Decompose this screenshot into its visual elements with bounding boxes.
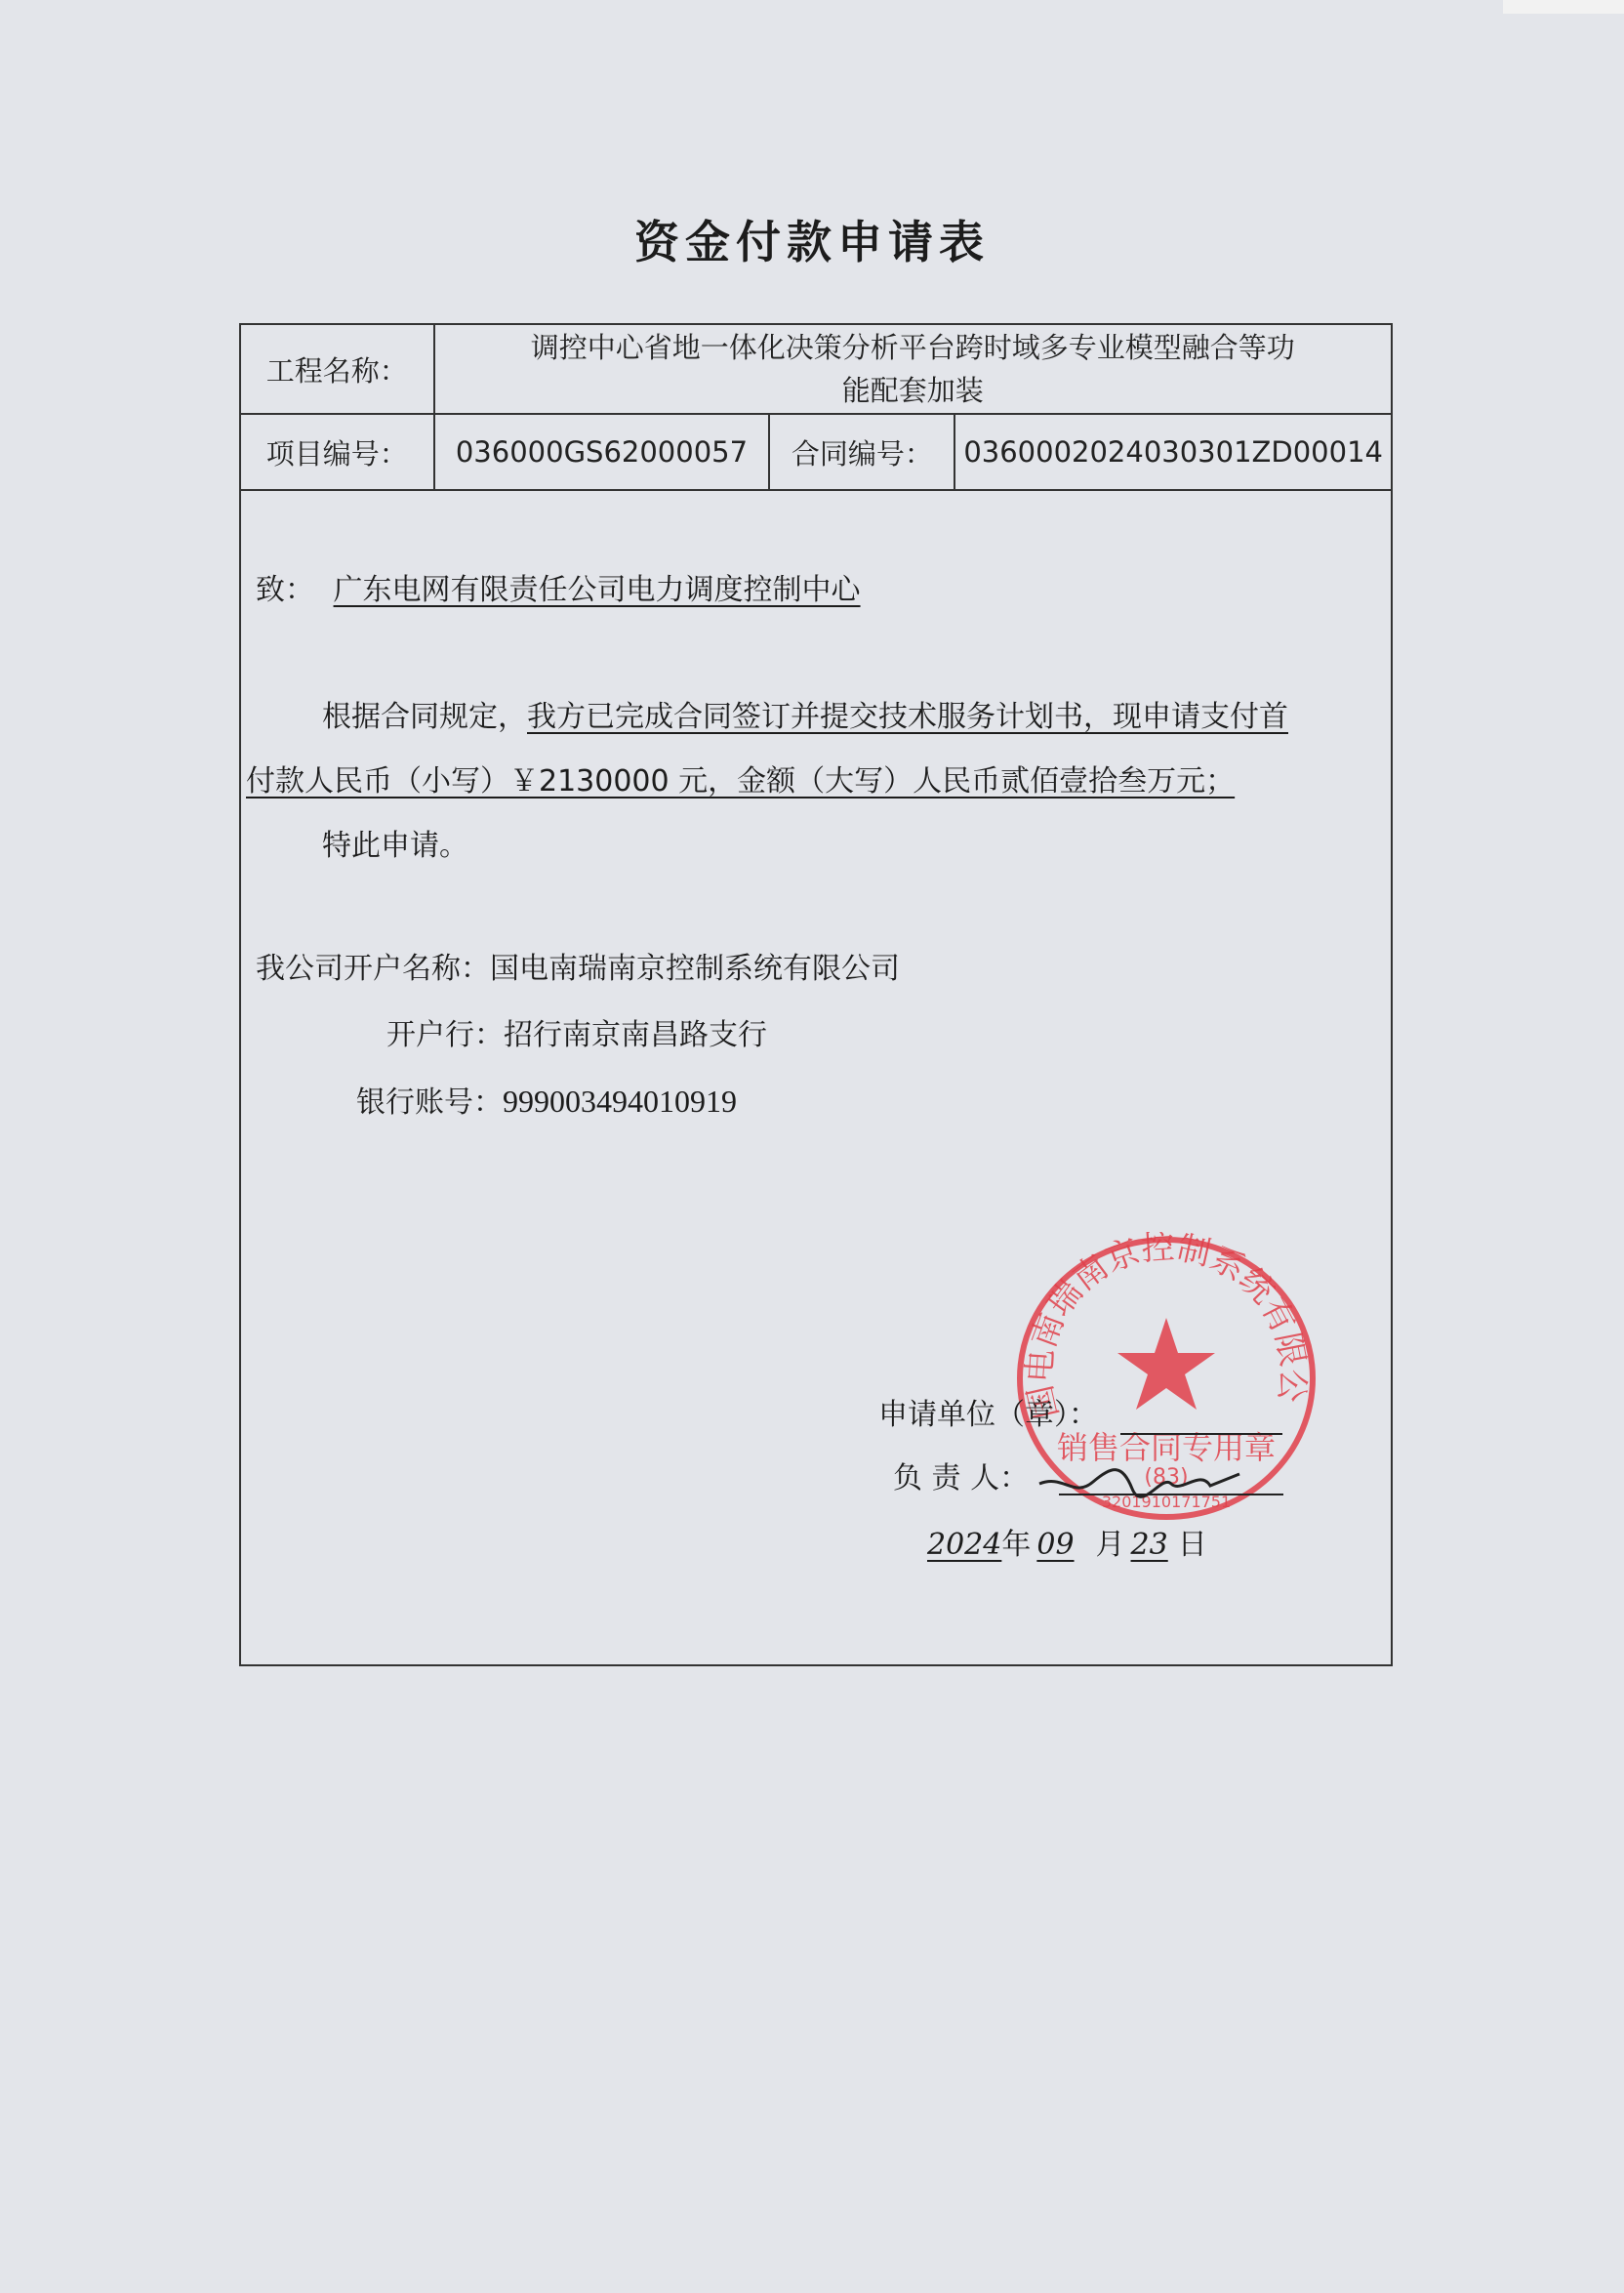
to-label: 致： [256, 573, 314, 607]
account-no-line: 银行账号：999003494010919 [356, 1085, 737, 1118]
date-line: 2024年09月23日 [927, 1531, 1207, 1560]
project-info-table: 工程名称： 调控中心省地一体化决策分析平台跨时域多专业模型融合等功 能配套加装 … [241, 325, 1391, 491]
contract-no-value: 0360002024030301ZD00014 [954, 414, 1391, 490]
bank-line: 开户行：招行南京南昌路支行 [386, 1021, 767, 1050]
contract-no-label: 合同编号： [769, 414, 954, 490]
signature-line [1059, 1494, 1283, 1495]
account-name-label: 我公司开户名称： [256, 952, 490, 986]
project-name-line1: 调控中心省地一体化决策分析平台跨时域多专业模型融合等功 [443, 326, 1383, 369]
project-name-value: 调控中心省地一体化决策分析平台跨时域多专业模型融合等功 能配套加装 [434, 325, 1391, 414]
account-no-value: 999003494010919 [503, 1084, 737, 1119]
para1-underlined: 我方已完成合同签订并提交技术服务计划书，现申请支付首 [527, 700, 1288, 734]
account-name-line: 我公司开户名称：国电南瑞南京控制系统有限公司 [256, 955, 900, 984]
signature [1035, 1454, 1288, 1513]
request-paragraph-line1: 根据合同规定，我方已完成合同签订并提交技术服务计划书，现申请支付首 [322, 703, 1288, 732]
project-name-line2: 能配套加装 [443, 369, 1383, 412]
recipient-name: 广东电网有限责任公司电力调度控制中心 [334, 573, 861, 607]
page-title: 资金付款申请表 [0, 207, 1624, 271]
project-no-value: 036000GS62000057 [434, 414, 770, 490]
recipient-line: 致： 广东电网有限责任公司电力调度控制中心 [256, 576, 861, 605]
date-day: 23 [1125, 1528, 1178, 1562]
seal-company-text: 国电南瑞南京控制系统有限公司 [1012, 1232, 1313, 1422]
closing-text: 特此申请。 [322, 832, 468, 861]
project-name-label: 工程名称： [241, 325, 434, 414]
day-label: 日 [1178, 1528, 1207, 1562]
para1-prefix: 根据合同规定， [322, 700, 527, 734]
account-no-label: 银行账号： [356, 1085, 503, 1120]
applicant-line [1120, 1433, 1282, 1435]
applicant-label: 申请单位（章）： [878, 1401, 1098, 1430]
project-no-label: 项目编号： [241, 414, 434, 490]
paper-fold [1503, 0, 1624, 14]
star-icon [1117, 1318, 1215, 1410]
bank-label: 开户行： [386, 1018, 504, 1052]
responsible-person-label: 负 责 人： [893, 1464, 1029, 1494]
month-label: 月 [1096, 1528, 1125, 1562]
request-paragraph-line2: 付款人民币（小写）￥2130000 元，金额（大写）人民币贰佰壹拾叁万元； [246, 767, 1235, 797]
date-year: 2024 [927, 1528, 1001, 1562]
year-label: 年 [1001, 1528, 1031, 1562]
bank-value: 招行南京南昌路支行 [504, 1018, 767, 1052]
account-name-value: 国电南瑞南京控制系统有限公司 [490, 952, 900, 986]
date-month: 09 [1031, 1528, 1095, 1562]
